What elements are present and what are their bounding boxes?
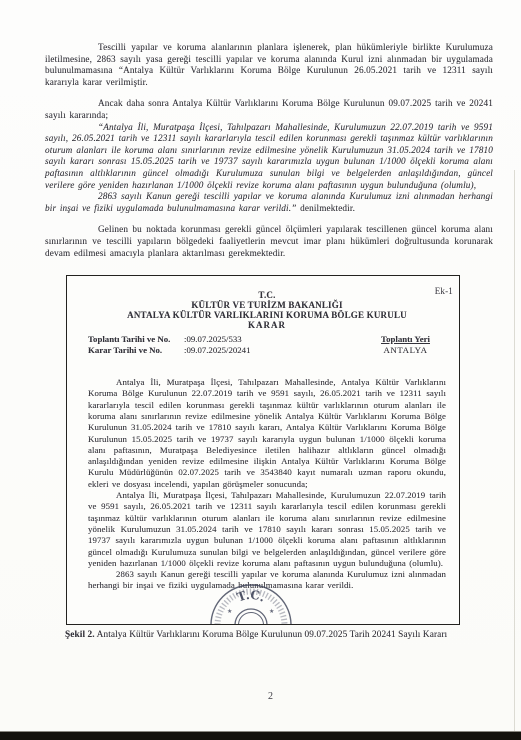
tc-official-seal-icon: T.C. ★ ★ [209, 583, 293, 625]
decision-paragraph-1: Antalya İli, Muratpaşa İlçesi, Tahılpaza… [88, 377, 446, 490]
header-ministry: KÜLTÜR VE TURİZM BAKANLIĞI [88, 300, 446, 310]
seal-star-right-icon: ★ [269, 608, 274, 615]
paragraph-intro-1: Tescilli yapılar ve koruma alanlarının p… [45, 42, 493, 88]
quote-text: 2863 sayılı Kanun gereği tescilli yapıla… [45, 191, 493, 213]
figure-caption: Şekil 2. Antalya Kültür Varlıklarını Kor… [65, 630, 493, 641]
paragraph-quote-2: 2863 sayılı Kanun gereği tescilli yapıla… [45, 191, 493, 214]
scan-bottom-bar [0, 731, 521, 740]
decision-paragraph-2: Antalya İli, Muratpaşa İlçesi, Tahılpaza… [88, 490, 446, 569]
seal-tc-text: T.C. [235, 588, 267, 605]
meeting-place-value: ANTALYA [381, 345, 430, 356]
annex-label: Ek-1 [435, 286, 453, 296]
quote-suffix: denilmektedir. [296, 203, 355, 213]
paragraph-quote-1: “Antalya İli, Muratpaşa İlçesi, Tahılpaz… [45, 122, 493, 192]
meta-place: Toplantı Yeri ANTALYA [381, 334, 430, 355]
header-board: ANTALYA KÜLTÜR VARLIKLARINI KORUMA BÖLGE… [88, 310, 446, 320]
decision-body: Antalya İli, Muratpaşa İlçesi, Tahılpaza… [88, 377, 446, 592]
decision-date-value: :09.07.2025/20241 [184, 345, 250, 355]
svg-text:T.C.: T.C. [235, 588, 267, 605]
header-karar: KARAR [88, 320, 446, 330]
header-tc: T.C. [88, 290, 446, 300]
paragraph-intro-2: Ancak daha sonra Antalya Kültür Varlıkla… [45, 98, 493, 121]
page-number: 2 [0, 691, 521, 702]
paragraph-intro-3: Gelinen bu noktada korunması gerekli gün… [45, 224, 493, 259]
scan-edge-artifact [514, 170, 516, 732]
decision-date-label: Karar Tarihi ve No. [88, 345, 184, 356]
decision-meta: Toplantı Tarihi ve No.:09.07.2025/533 Ka… [88, 334, 446, 355]
figure-caption-text: Antalya Kültür Varlıklarını Koruma Bölge… [95, 630, 448, 640]
document-body: Tescilli yapılar ve koruma alanlarının p… [45, 42, 493, 641]
meeting-date-value: :09.07.2025/533 [184, 334, 242, 344]
figure-caption-label: Şekil 2. [65, 630, 95, 640]
document-page: Tescilli yapılar ve koruma alanlarının p… [0, 0, 521, 740]
decision-header: T.C. KÜLTÜR VE TURİZM BAKANLIĞI ANTALYA … [88, 290, 446, 330]
meeting-place-label: Toplantı Yeri [381, 334, 430, 345]
meeting-date-label: Toplantı Tarihi ve No. [88, 334, 184, 345]
decision-document-box: Ek-1 T.C. KÜLTÜR VE TURİZM BAKANLIĞI ANT… [66, 275, 460, 625]
seal-star-left-icon: ★ [227, 608, 232, 615]
